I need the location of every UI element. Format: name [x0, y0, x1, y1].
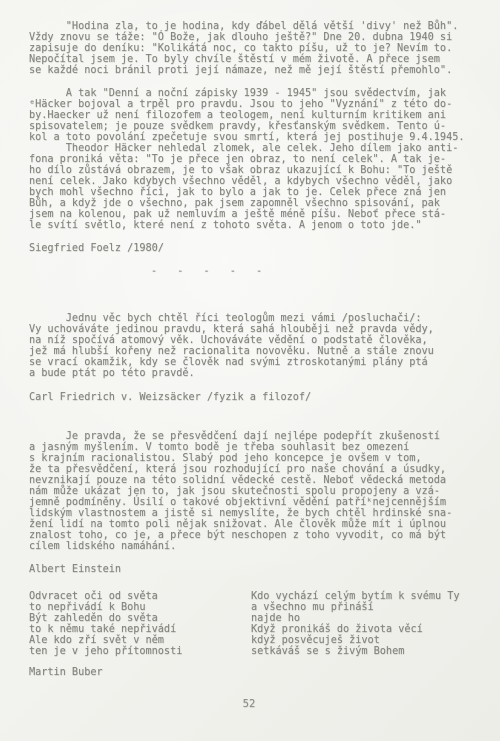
- text-line: "Hodina zla, to je hodina, kdy ďábel děl…: [29, 21, 481, 32]
- text-line: a jasným myšlením. V tomto bodě je třeba…: [29, 442, 481, 453]
- text-line: není celek. Jako kdybych všechno věděl, …: [29, 176, 481, 187]
- text-line: cílem lidského namáhání.: [29, 541, 481, 552]
- text-line: jemně podmíněny. Úsilí o takové objektiv…: [29, 497, 481, 508]
- text-line: setkáváš se s živým Bohem: [251, 646, 481, 657]
- document-page: "Hodina zla, to je hodina, kdy ďábel děl…: [29, 21, 481, 710]
- text-line: ho dílo zůstává obrazem, je to však obra…: [29, 165, 481, 176]
- text-line: Ale kdo zří svět v něm: [29, 635, 251, 646]
- text-line: Když pronikáš do života věcí: [251, 624, 481, 635]
- text-line: Být zahleděn do světa: [29, 613, 251, 624]
- text-line: le svítí světlo, které není z tohoto svě…: [29, 220, 481, 231]
- text-line: to k němu také nepřivádí: [29, 624, 251, 635]
- text-line: Jednu věc bych chtěl říci teologům mezi …: [29, 313, 481, 324]
- text-line: kol a toto povolání zpečetuje svou smrtí…: [29, 132, 481, 143]
- text-line: a všechno mu přináší: [251, 602, 481, 613]
- dash-separator: - - - - -: [0, 266, 436, 277]
- text-line: lidským vlastnostem a jistě si nemyslíte…: [29, 508, 481, 519]
- text-line: Kdo vychází celým bytím k svému Ty: [251, 591, 481, 602]
- text-line: jež má hlubší kořeny než racionalita nov…: [29, 346, 481, 357]
- text-line: spisovatelem; je pouze svědkem pravdy, k…: [29, 121, 481, 132]
- text-line: nám může ukázat jen to, jak jsou skutečn…: [29, 486, 481, 497]
- text-line: najde ho: [251, 613, 481, 624]
- buber-poem-right-column: Kdo vychází celým bytím k svému Tya všec…: [251, 591, 481, 657]
- text-line: se vrací okamžik, kdy se člověk nad svým…: [29, 357, 481, 368]
- buber-poem-left-column: Odvracet oči od světato nepřivádí k Bohu…: [29, 591, 251, 657]
- text-line: když posvěcuješ život: [251, 635, 481, 646]
- text-line: Bůh, a když jde o všechno, pak jsem zapo…: [29, 198, 481, 209]
- attribution-weizsaecker: Carl Friedrich v. Weizsäcker /fyzik a fi…: [29, 392, 481, 403]
- text-line: ten je v jeho přítomnosti: [29, 646, 251, 657]
- text-line: fona proniká věta: "To je přece jen obra…: [29, 154, 481, 165]
- buber-poem: Odvracet oči od světato nepřivádí k Bohu…: [29, 591, 481, 657]
- text-line: se každé noci bránil proti její námaze, …: [29, 65, 481, 76]
- text-line: s krajním racionalistou. Slabý pod jeho …: [29, 453, 481, 464]
- text-line: Vy uchováváte jedinou pravdu, která sahá…: [29, 324, 481, 335]
- text-line: žení lidí na tomto poli nějak snižovat. …: [29, 519, 481, 530]
- text-line: Je pravda, že se přesvědčení dají nejlép…: [29, 431, 481, 442]
- text-line: ᵉHäcker bojoval a trpěl pro pravdu. Jsou…: [29, 99, 481, 110]
- attribution-martin-buber: Martin Buber: [29, 667, 481, 678]
- text-line: Odvracet oči od světa: [29, 591, 251, 602]
- text-line: to nepřivádí k Bohu: [29, 602, 251, 613]
- page-number: 52: [23, 699, 475, 710]
- einstein-quote-paragraph: Je pravda, že se přesvědčení dají nejlép…: [29, 431, 481, 552]
- text-line: Vždy znovu se táže: "Ó Bože, jak dlouho …: [29, 32, 481, 43]
- text-line: jsem na kolenou, pak už nemluvím a ještě…: [29, 209, 481, 220]
- text-line: Nepočítal jsem je. To byly chvíle štěstí…: [29, 54, 481, 65]
- text-line: zapisuje do deníku: "Kolikátá noc, co ta…: [29, 43, 481, 54]
- attribution-einstein: Albert Einstein: [29, 564, 481, 575]
- text-line: bych mohl všechno říci, jak to bylo a ja…: [29, 187, 481, 198]
- text-line: Theodor Häcker nehledal zlomek, ale cele…: [29, 143, 481, 154]
- haecker-quote-paragraph-1: "Hodina zla, to je hodina, kdy ďábel děl…: [29, 21, 481, 76]
- text-line: že ta přesvědčení, která jsou rozhodujíc…: [29, 464, 481, 475]
- text-line: A tak "Denní a noční zápisky 1939 - 1945…: [29, 88, 481, 99]
- text-line: by.Haecker už není filozofem a teologem,…: [29, 110, 481, 121]
- attribution-siegfried-foelz: Siegfried Foelz /1980/: [29, 243, 481, 254]
- haecker-quote-paragraph-2: A tak "Denní a noční zápisky 1939 - 1945…: [29, 88, 481, 231]
- text-line: a bude ptát po této pravdě.: [29, 368, 481, 379]
- text-line: nevznikají pouze na této solidní vědecké…: [29, 475, 481, 486]
- text-line: na níž spočívá atomový věk. Uchováváte v…: [29, 335, 481, 346]
- weizsaecker-quote-paragraph: Jednu věc bych chtěl říci teologům mezi …: [29, 313, 481, 379]
- text-line: znalost toho, co je, a přece být neschop…: [29, 530, 481, 541]
